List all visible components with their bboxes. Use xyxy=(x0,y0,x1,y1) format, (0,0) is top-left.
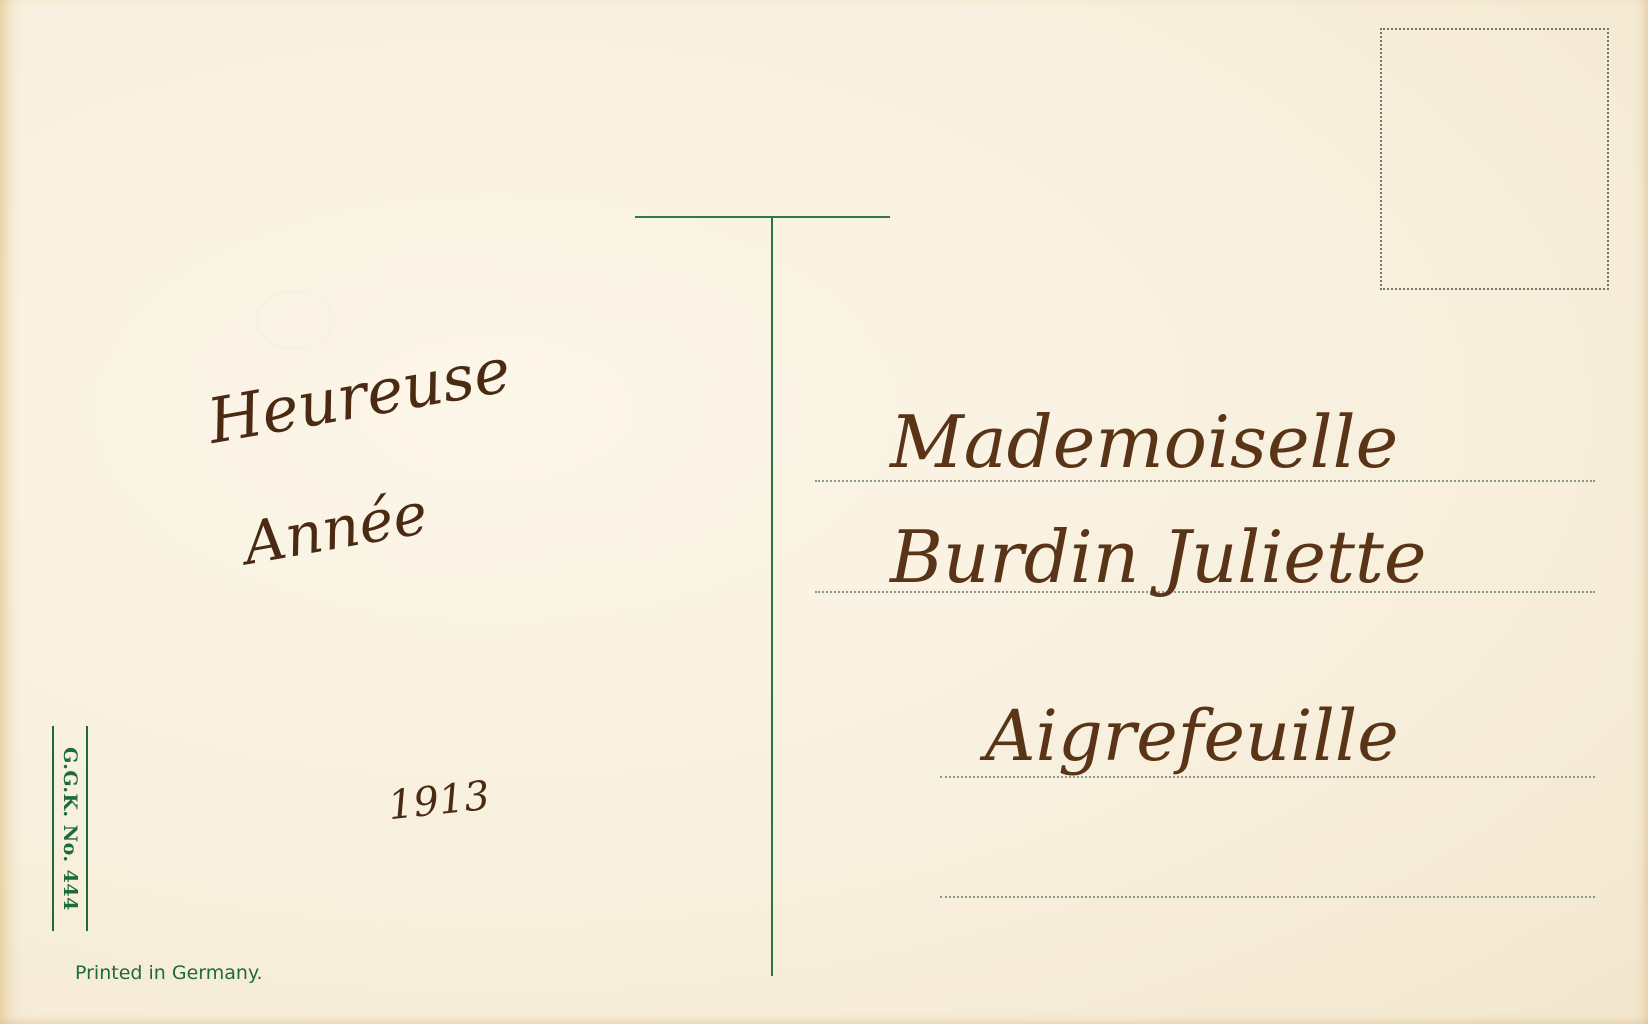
address-town: Aigrefeuille xyxy=(985,695,1399,777)
stamp-box xyxy=(1380,28,1609,290)
publisher-mark: G.G.K. No. 444 xyxy=(52,726,88,931)
publisher-bar-right xyxy=(86,726,88,931)
postcard-back: Heureuse Année 1913 Mademoiselle Burdin … xyxy=(0,0,1648,1024)
message-year: 1913 xyxy=(386,773,492,829)
printed-in-germany: Printed in Germany. xyxy=(75,962,263,984)
address-line-4 xyxy=(940,896,1595,898)
message-line-2: Année xyxy=(238,479,432,578)
address-name: Burdin Juliette xyxy=(890,515,1426,599)
divider-vertical xyxy=(771,216,773,976)
divider-horizontal xyxy=(635,216,890,218)
address-salutation: Mademoiselle xyxy=(890,400,1398,484)
embossed-mark xyxy=(255,290,335,350)
publisher-number: G.G.K. No. 444 xyxy=(59,747,81,911)
message-line-1: Heureuse xyxy=(202,333,516,458)
publisher-bar-left xyxy=(52,726,54,931)
